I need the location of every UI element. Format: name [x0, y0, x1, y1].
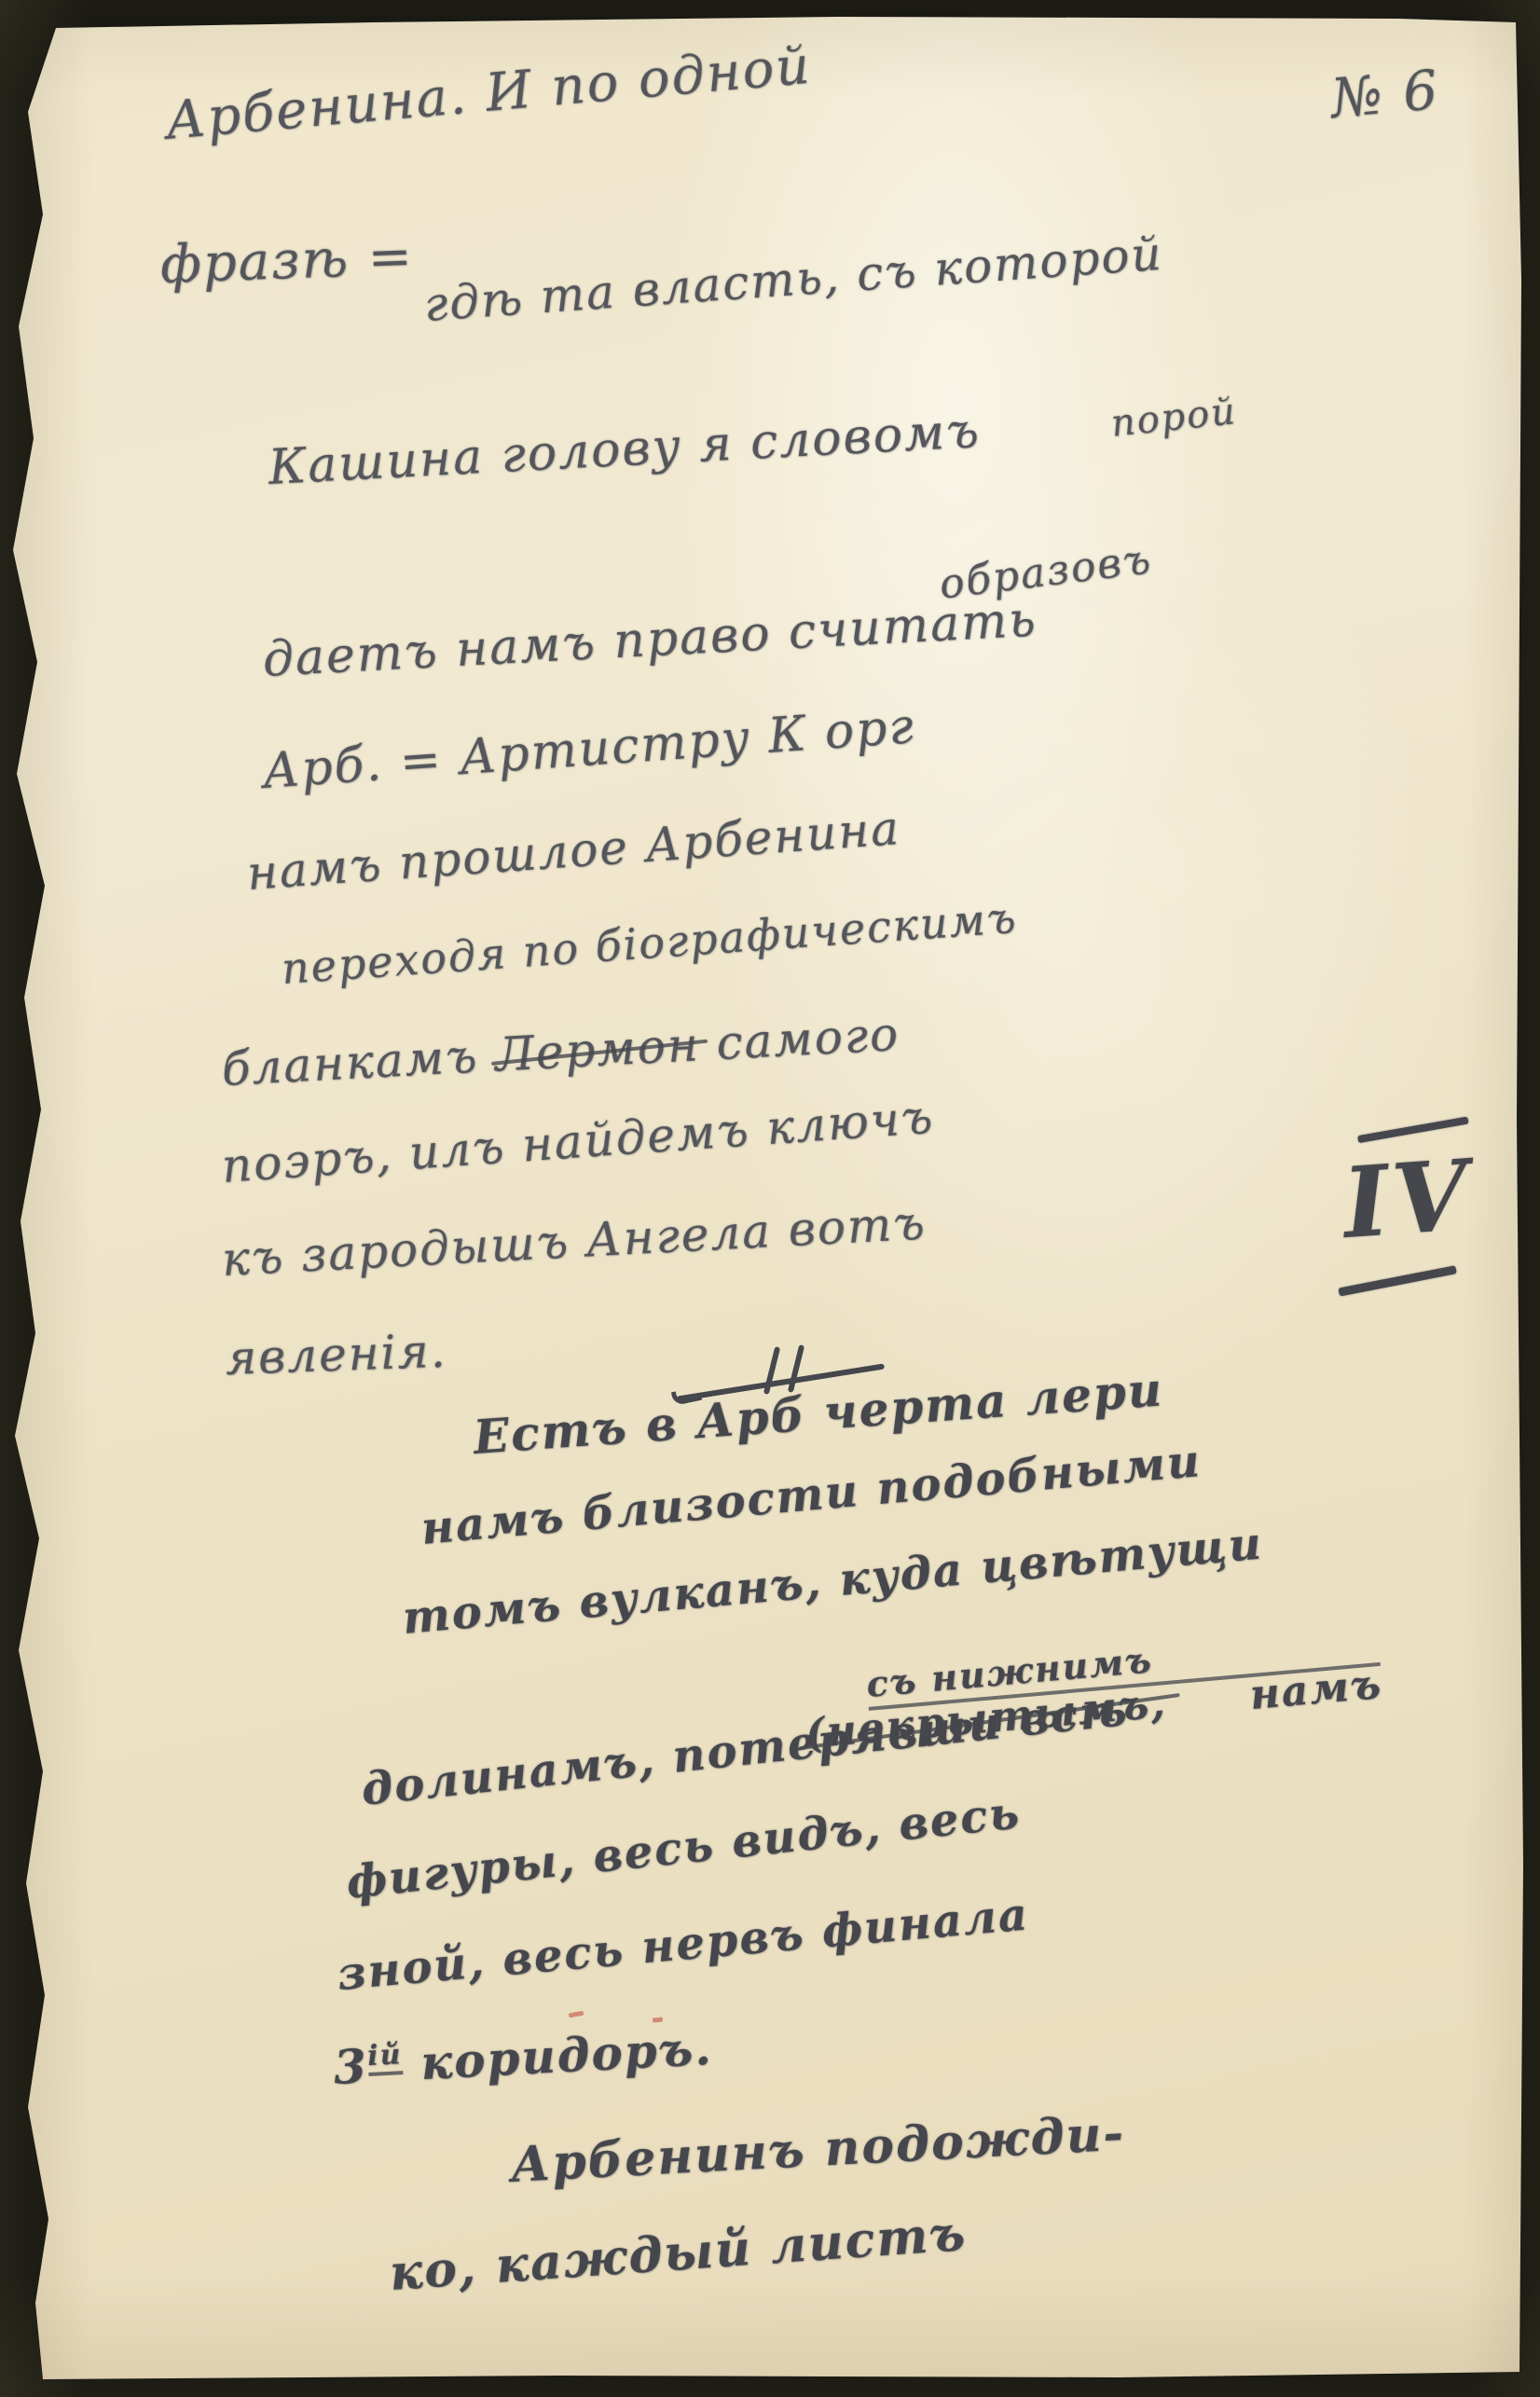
- underlined-superscript: ій: [366, 2039, 403, 2077]
- line-text: самого: [698, 1007, 901, 1071]
- section-number: IV: [1339, 1132, 1475, 1266]
- struck-word: Лермон: [494, 1017, 702, 1081]
- manuscript-line: фразѣ =: [159, 227, 415, 296]
- section-number-block: IV: [1321, 1113, 1506, 1311]
- page-number: № 6: [1328, 58, 1442, 131]
- paper-sheet: [0, 0, 1540, 2397]
- word-gap: [1167, 1709, 1251, 1716]
- manuscript-line: явленія.: [225, 1324, 447, 1385]
- divider-numeral-stroke: [788, 1344, 804, 1393]
- scanned-manuscript-page: { "page": { "number_label": "№ 6", "sect…: [0, 0, 1540, 2397]
- underline-stroke: [1338, 1265, 1456, 1296]
- numeral: 3: [332, 2038, 369, 2095]
